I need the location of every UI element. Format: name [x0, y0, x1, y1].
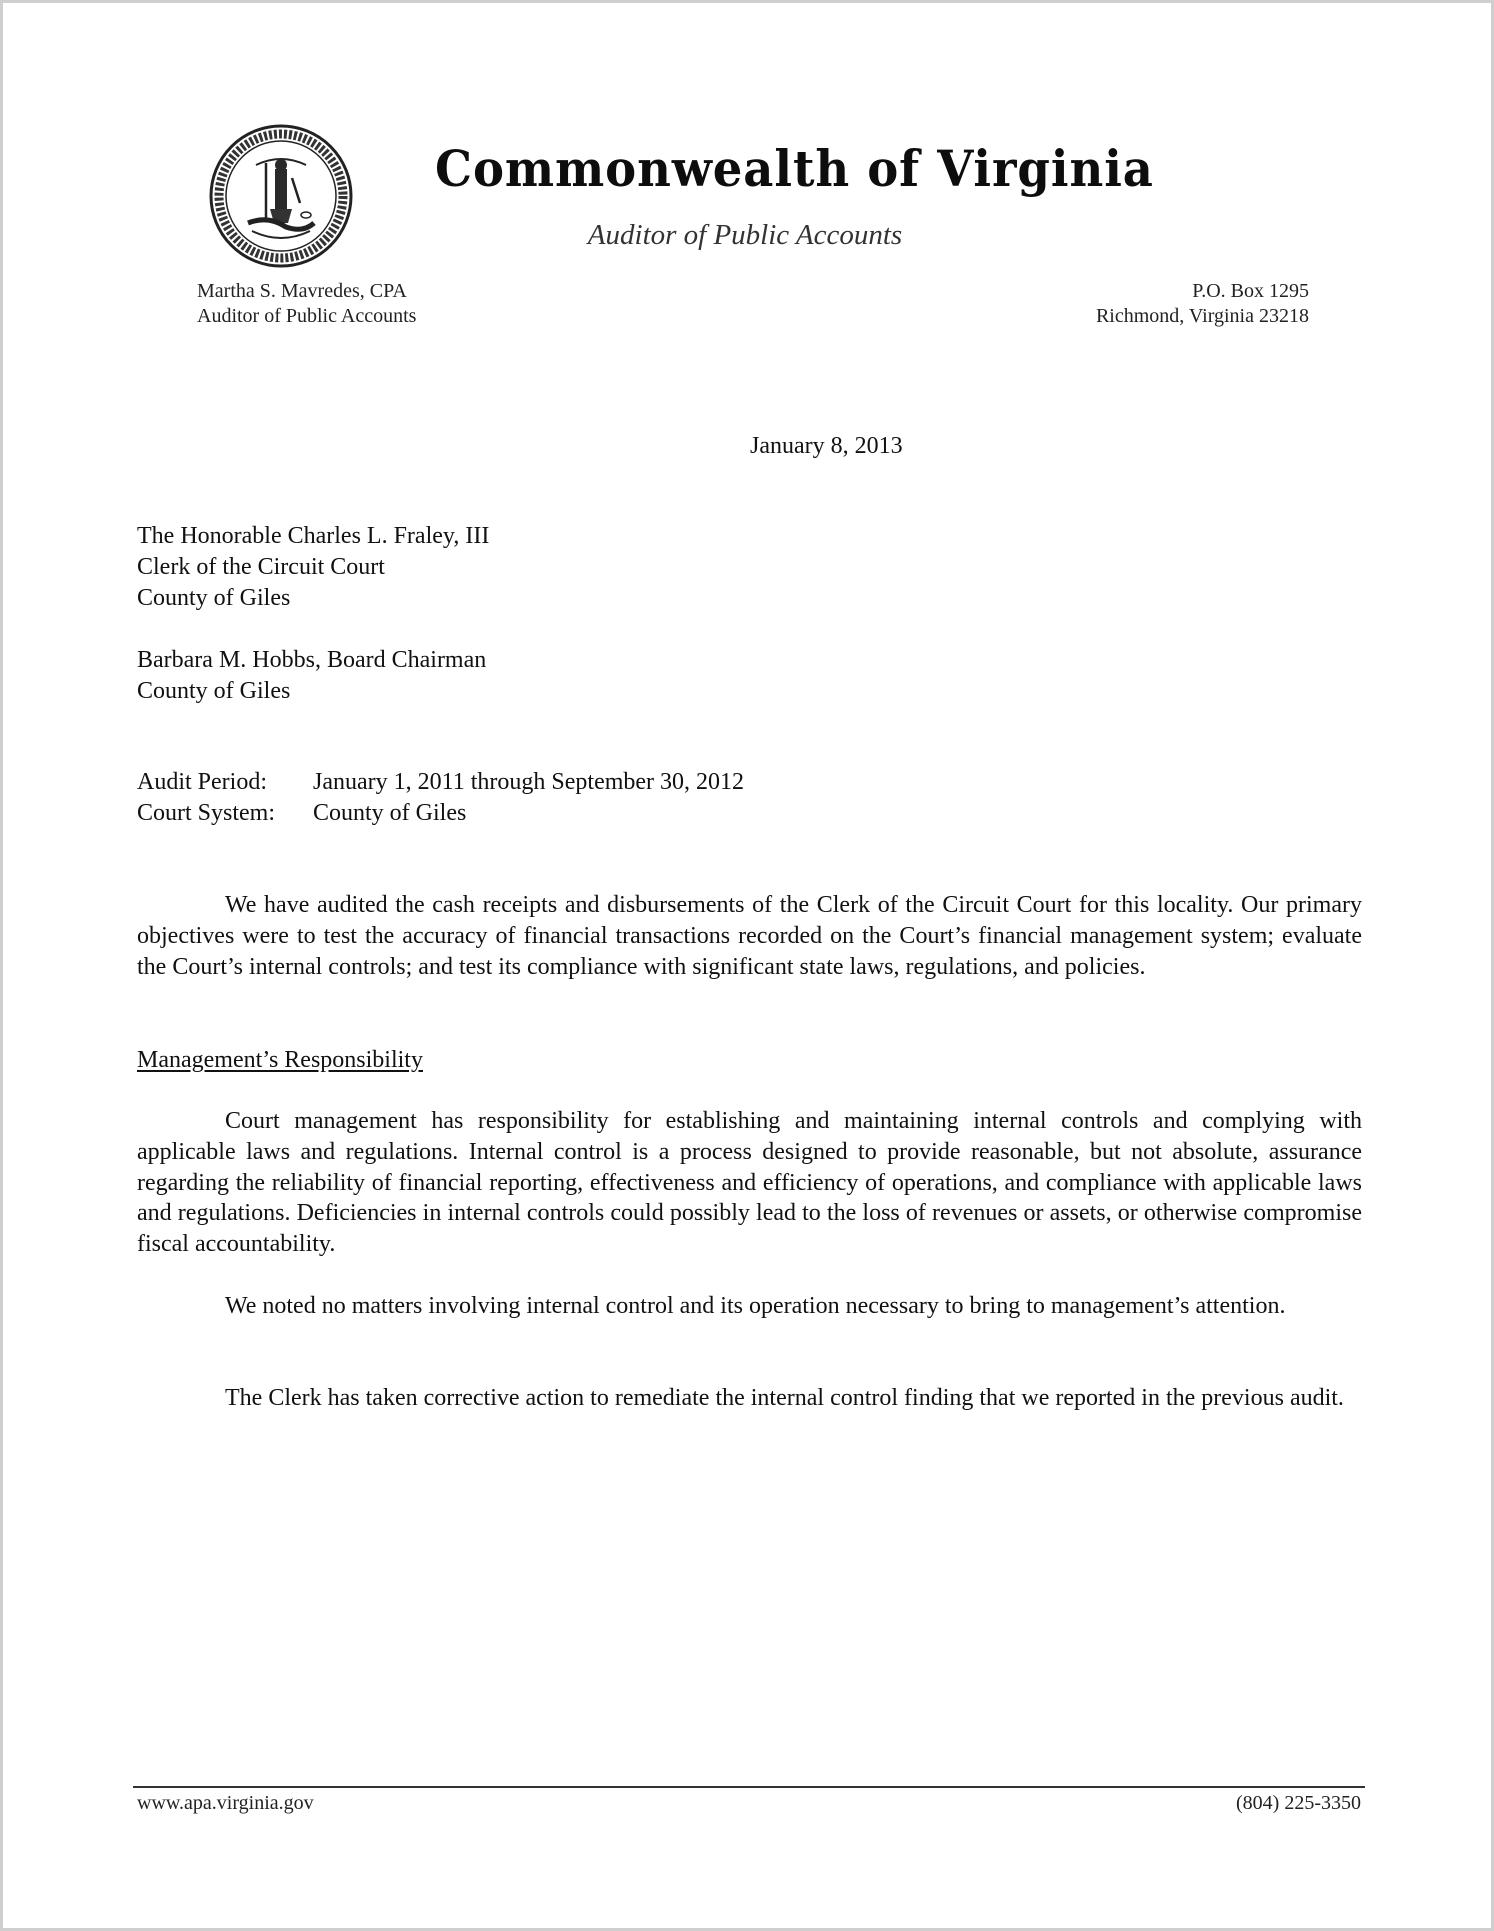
addressee-line: Barbara M. Hobbs, Board Chairman	[137, 645, 486, 676]
paragraph-audit-scope: We have audited the cash receipts and di…	[137, 890, 1362, 982]
letter-date: January 8, 2013	[750, 431, 903, 462]
auditor-name-block: Martha S. Mavredes, CPA Auditor of Publi…	[197, 279, 416, 329]
city-state-zip: Richmond, Virginia 23218	[1003, 304, 1309, 329]
audit-period-label: Audit Period:	[137, 767, 313, 798]
court-system-label: Court System:	[137, 798, 313, 829]
addressee-line: Clerk of the Circuit Court	[137, 552, 489, 583]
letter-page: Commonwealth of Virginia Auditor of Publ…	[0, 0, 1494, 1931]
footer-website-link[interactable]: www.apa.virginia.gov	[137, 1792, 314, 1815]
paragraph-no-matters: We noted no matters involving internal c…	[137, 1291, 1362, 1322]
po-box: P.O. Box 1295	[1003, 279, 1309, 304]
paragraph-management-responsibility: Court management has responsibility for …	[137, 1106, 1362, 1260]
footer-phone: (804) 225-3350	[1103, 1792, 1361, 1815]
court-system-row: Court System: County of Giles	[137, 798, 744, 829]
paragraph-corrective-action: The Clerk has taken corrective action to…	[137, 1383, 1362, 1414]
virginia-state-seal-icon	[208, 123, 354, 269]
auditor-name: Martha S. Mavredes, CPA	[197, 279, 416, 304]
footer-divider	[133, 1786, 1365, 1788]
audit-meta: Audit Period: January 1, 2011 through Se…	[137, 767, 744, 829]
audit-period-value: January 1, 2011 through September 30, 20…	[313, 767, 744, 798]
addressee-line: County of Giles	[137, 676, 486, 707]
addressee-chairman: Barbara M. Hobbs, Board Chairman County …	[137, 645, 486, 707]
letterhead-subtitle: Auditor of Public Accounts	[435, 219, 1055, 252]
addressee-line: County of Giles	[137, 583, 489, 614]
addressee-clerk: The Honorable Charles L. Fraley, III Cle…	[137, 521, 489, 613]
section-heading-management: Management’s Responsibility	[137, 1045, 423, 1076]
letterhead-title: Commonwealth of Virginia	[435, 139, 1012, 198]
addressee-line: The Honorable Charles L. Fraley, III	[137, 521, 489, 552]
mailing-address-block: P.O. Box 1295 Richmond, Virginia 23218	[1003, 279, 1309, 329]
court-system-value: County of Giles	[313, 798, 466, 829]
auditor-title: Auditor of Public Accounts	[197, 304, 416, 329]
audit-period-row: Audit Period: January 1, 2011 through Se…	[137, 767, 744, 798]
